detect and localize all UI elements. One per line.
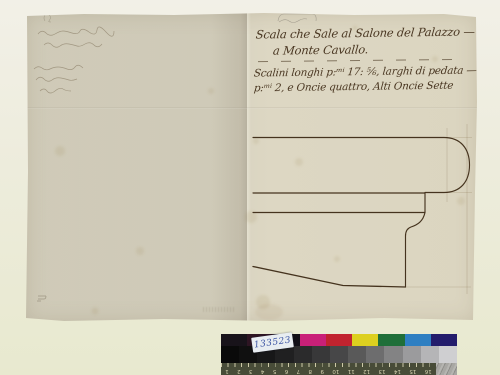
ruler-number: 14 [394, 367, 401, 375]
color-patch [378, 334, 404, 346]
color-patch [352, 334, 378, 346]
ruler-number: 5 [273, 367, 277, 375]
inventory-number: 133523 [253, 335, 291, 350]
gray-step [221, 346, 239, 363]
ruler-number: 1 [225, 367, 229, 375]
ruler-ticks [221, 363, 436, 367]
construction-lines [253, 124, 472, 294]
ruler-number: 10 [332, 367, 339, 375]
ruler-number: 8 [309, 367, 313, 375]
color-patch [221, 334, 247, 346]
faint-inventory-mark [203, 307, 235, 312]
ruler-number: 11 [348, 367, 355, 375]
stamp-mark [37, 296, 46, 301]
ruler-scale: 16151413121110987654321 [221, 363, 436, 375]
manuscript-sheet: Scala che Sale al Salone del Palazzo — a… [24, 12, 478, 323]
ruler-number: 13 [379, 367, 386, 375]
ruler-number: 7 [297, 367, 301, 375]
gray-step [439, 346, 457, 363]
pencil-inscription-box [278, 14, 316, 23]
color-patch [431, 334, 457, 346]
gray-step [384, 346, 402, 363]
gray-step [348, 346, 366, 363]
gray-step [366, 346, 384, 363]
ruler-number: 6 [285, 367, 289, 375]
color-patch [300, 334, 326, 346]
gray-step [294, 346, 312, 363]
gray-step [312, 346, 330, 363]
ruler-number: 12 [363, 367, 370, 375]
faint-inverted-handwriting [34, 27, 114, 93]
marble-patch [436, 363, 457, 375]
stair-slope-line [253, 267, 406, 288]
ruler-numbers: 16151413121110987654321 [221, 367, 436, 375]
gray-step [403, 346, 421, 363]
photograph-background: Scala che Sale al Salone del Palazzo — a… [0, 0, 500, 375]
gray-step [330, 346, 348, 363]
corner-pencil-mark [44, 15, 51, 22]
color-patch [405, 334, 431, 346]
handwritten-title-line2: a Monte Cavallo. [272, 42, 369, 57]
ruler-number: 9 [320, 367, 324, 375]
ruler-number: 4 [261, 367, 265, 375]
ruler-number: 15 [409, 367, 416, 375]
gray-step [421, 346, 439, 363]
ruler-number: 3 [249, 367, 253, 375]
ruler-row: 16151413121110987654321 [221, 363, 457, 375]
ruler-number: 2 [237, 367, 241, 375]
ruler-number: 16 [425, 367, 432, 375]
stair-profile-drawing [253, 138, 470, 288]
color-patch [326, 334, 352, 346]
